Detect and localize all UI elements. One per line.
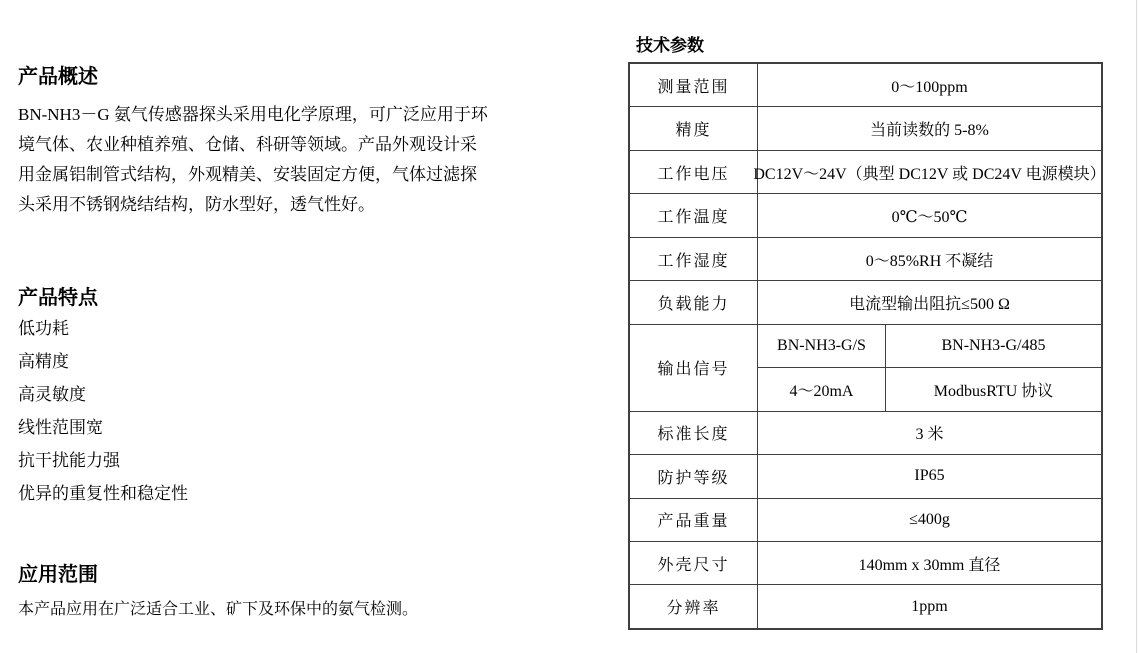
features-list: 低功耗 高精度 高灵敏度 线性范围宽 抗干扰能力强 优异的重复性和稳定性 (18, 312, 188, 510)
spec-label: 产品重量 (630, 499, 757, 541)
spec-value: 0～85%RH 不凝结 (758, 238, 1101, 280)
spec-value: 3 米 (758, 412, 1101, 454)
application-text: 本产品应用在广泛适合工业、矿下及环保中的氨气检测。 (18, 596, 418, 619)
page-edge-line (1136, 0, 1137, 653)
overview-line: 境气体、农业种植养殖、仓储、科研等领域。产品外观设计采 (18, 130, 488, 160)
spec-value: 0～100ppm (758, 64, 1101, 106)
spec-label: 分辨率 (630, 585, 757, 627)
overview-line: 用金属铝制管式结构，外观精美、安装固定方便，气体过滤探 (18, 160, 488, 190)
spec-value: 0℃～50℃ (758, 194, 1101, 236)
spec-label: 工作湿度 (630, 238, 757, 280)
spec-subvalue: BN-NH3-G/S (758, 325, 885, 367)
spec-label: 工作电压 (630, 151, 757, 193)
spec-label: 工作温度 (630, 194, 757, 236)
spec-label: 外壳尺寸 (630, 542, 757, 584)
spec-value: 电流型输出阻抗≤500 Ω (758, 281, 1101, 323)
feature-item: 优异的重复性和稳定性 (18, 477, 188, 510)
spec-value: 当前读数的 5-8% (758, 107, 1101, 149)
features-heading: 产品特点 (18, 281, 98, 310)
spec-table: 测量范围 0～100ppm 精度 当前读数的 5-8% 工作电压 DC12V～2… (628, 62, 1103, 630)
spec-label: 精度 (630, 107, 757, 149)
spec-label: 输出信号 (630, 325, 757, 411)
spec-label: 标准长度 (630, 412, 757, 454)
application-heading: 应用范围 (18, 558, 98, 587)
spec-subvalue: 4～20mA (758, 368, 885, 410)
overview-line: BN-NH3－G 氨气传感器探头采用电化学原理，可广泛应用于环 (18, 100, 488, 130)
spec-label: 防护等级 (630, 455, 757, 497)
spec-label: 测量范围 (630, 64, 757, 106)
overview-paragraph: BN-NH3－G 氨气传感器探头采用电化学原理，可广泛应用于环 境气体、农业种植… (18, 100, 488, 220)
overview-line: 头采用不锈钢烧结结构，防水型好，透气性好。 (18, 190, 488, 220)
spec-value: 1ppm (758, 585, 1101, 627)
feature-item: 线性范围宽 (18, 411, 188, 444)
spec-subvalue: ModbusRTU 协议 (886, 368, 1101, 410)
spec-table-heading: 技术参数 (636, 31, 704, 56)
feature-item: 高灵敏度 (18, 378, 188, 411)
spec-label: 负载能力 (630, 281, 757, 323)
spec-subvalue: BN-NH3-G/485 (886, 325, 1101, 367)
feature-item: 高精度 (18, 345, 188, 378)
spec-value: 140mm x 30mm 直径 (758, 542, 1101, 584)
spec-value: ≤400g (758, 499, 1101, 541)
feature-item: 低功耗 (18, 312, 188, 345)
overview-heading: 产品概述 (18, 60, 98, 89)
spec-value: IP65 (758, 455, 1101, 497)
spec-value: DC12V～24V（典型 DC12V 或 DC24V 电源模块） (758, 151, 1101, 193)
feature-item: 抗干扰能力强 (18, 444, 188, 477)
